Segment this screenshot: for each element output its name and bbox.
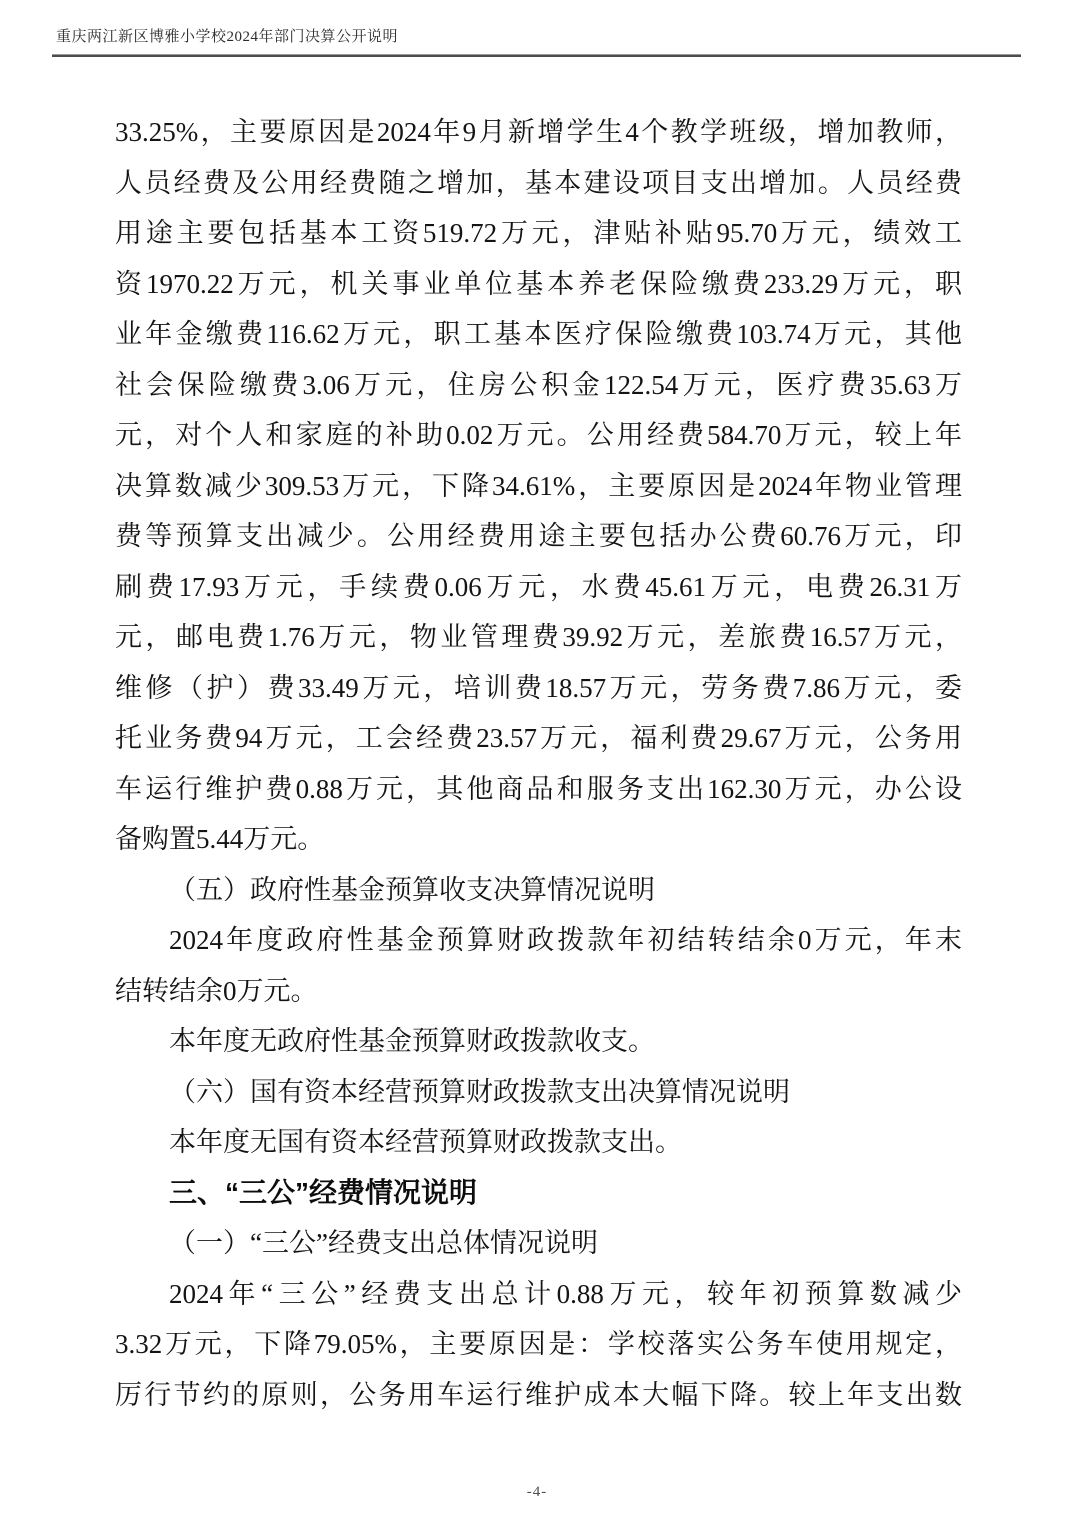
section-heading: 三、“三公”经费情况说明 <box>115 1168 962 1219</box>
text-line: 人员经费及公用经费随之增加，基本建设项目支出增加。人员经费 <box>115 158 962 209</box>
text-line: 业年金缴费116.62万元，职工基本医疗保险缴费103.74万元，其他 <box>115 309 962 360</box>
header-rule <box>52 54 1021 57</box>
document-page: 重庆两江新区博雅小学校2024年部门决算公开说明 33.25%，主要原因是202… <box>0 0 1074 1520</box>
page-footer: -4- <box>0 1483 1074 1501</box>
text-line: 用途主要包括基本工资519.72万元，津贴补贴95.70万元，绩效工 <box>115 208 962 259</box>
text-line: 2024年度政府性基金预算财政拨款年初结转结余0万元，年末 <box>115 915 962 966</box>
text-line: 备购置5.44万元。 <box>115 814 962 865</box>
text-line: 结转结余0万元。 <box>115 966 962 1017</box>
text-line: 33.25%，主要原因是2024年9月新增学生4个教学班级，增加教师， <box>115 107 962 158</box>
text-line: 托业务费94万元，工会经费23.57万元，福利费29.67万元，公务用 <box>115 713 962 764</box>
text-line: 费等预算支出减少。公用经费用途主要包括办公费60.76万元，印 <box>115 511 962 562</box>
section-heading: （六）国有资本经营预算财政拨款支出决算情况说明 <box>115 1067 962 1118</box>
text-line: 3.32万元，下降79.05%，主要原因是：学校落实公务车使用规定， <box>115 1319 962 1370</box>
header-title: 重庆两江新区博雅小学校2024年部门决算公开说明 <box>56 29 398 46</box>
text-line: 元，邮电费1.76万元，物业管理费39.92万元，差旅费16.57万元， <box>115 612 962 663</box>
text-line: 厉行节约的原则，公务用车运行维护成本大幅下降。较上年支出数 <box>115 1370 962 1421</box>
text-line: 决算数减少309.53万元，下降34.61%，主要原因是2024年物业管理 <box>115 461 962 512</box>
section-heading: （一）“三公”经费支出总体情况说明 <box>115 1218 962 1269</box>
document-body: 33.25%，主要原因是2024年9月新增学生4个教学班级，增加教师，人员经费及… <box>115 107 962 1420</box>
page-number: -4- <box>527 1484 548 1500</box>
text-line: 2024年“三公”经费支出总计0.88万元，较年初预算数减少 <box>115 1269 962 1320</box>
text-line: 本年度无国有资本经营预算财政拨款支出。 <box>115 1117 962 1168</box>
text-line: 资1970.22万元，机关事业单位基本养老保险缴费233.29万元，职 <box>115 259 962 310</box>
text-line: 社会保险缴费3.06万元，住房公积金122.54万元，医疗费35.63万 <box>115 360 962 411</box>
text-line: 本年度无政府性基金预算财政拨款收支。 <box>115 1016 962 1067</box>
text-line: 刷费17.93万元，手续费0.06万元，水费45.61万元，电费26.31万 <box>115 562 962 613</box>
text-line: 车运行维护费0.88万元，其他商品和服务支出162.30万元，办公设 <box>115 764 962 815</box>
section-heading: （五）政府性基金预算收支决算情况说明 <box>115 865 962 916</box>
text-line: 元，对个人和家庭的补助0.02万元。公用经费584.70万元，较上年 <box>115 410 962 461</box>
text-line: 维修（护）费33.49万元，培训费18.57万元，劳务费7.86万元，委 <box>115 663 962 714</box>
